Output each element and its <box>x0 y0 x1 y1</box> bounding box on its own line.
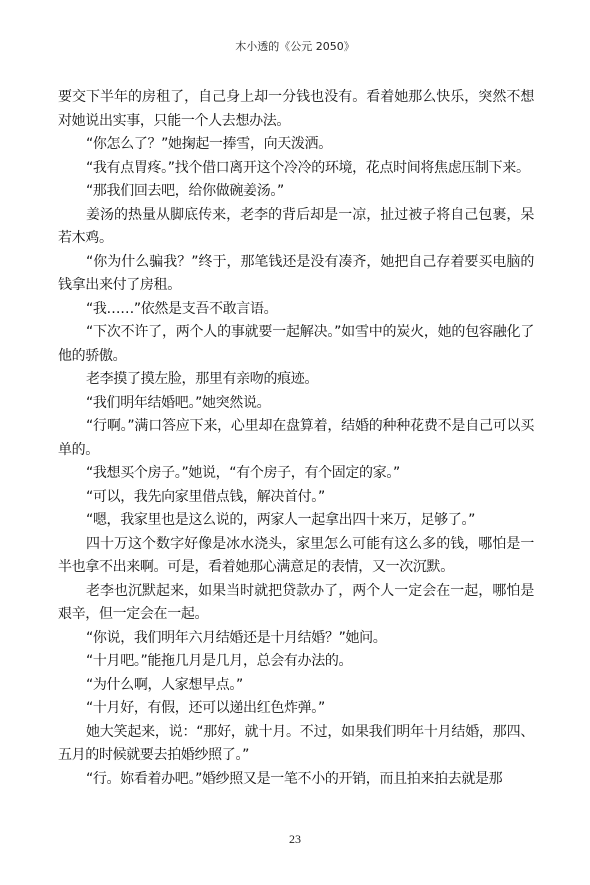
paragraph: “嗯，我家里也是这么说的，两家人一起拿出四十来万，足够了。” <box>58 509 534 533</box>
paragraph: 姜汤的热量从脚底传来，老李的背后却是一凉，扯过被子将自己包裹，呆若木鸡。 <box>58 204 534 251</box>
paragraph: “行。妳看着办吧。”婚纱照又是一笔不小的开销，而且拍来拍去就是那 <box>58 768 534 792</box>
paragraph: 老李摸了摸左脸，那里有亲吻的痕迹。 <box>58 368 534 392</box>
page-body: 要交下半年的房租了，自己身上却一分钱也没有。看着她那么快乐，突然不想对她说出实事… <box>58 86 534 791</box>
paragraph: “行啊。”满口答应下来，心里却在盘算着，结婚的种种花费不是自己可以买单的。 <box>58 415 534 462</box>
paragraph: “可以，我先向家里借点钱，解决首付。” <box>58 486 534 510</box>
paragraph: “我有点胃疼。”找个借口离开这个冷冷的环境，花点时间将焦虑压制下来。 <box>58 157 534 181</box>
book-title: 木小透的《公元 2050》 <box>235 40 355 53</box>
page-number: 23 <box>0 832 590 847</box>
paragraph: 四十万这个数字好像是冰水浇头，家里怎么可能有这么多的钱，哪怕是一半也拿不出来啊。… <box>58 533 534 580</box>
paragraph: “我……”依然是支吾不敢言语。 <box>58 298 534 322</box>
paragraph: “我想买个房子。”她说，“有个房子，有个固定的家。” <box>58 462 534 486</box>
paragraph: “十月好，有假，还可以递出红色炸弹。” <box>58 697 534 721</box>
paragraph: 她大笑起来，说：“那好，就十月。不过，如果我们明年十月结婚，那四、五月的时候就要… <box>58 721 534 768</box>
running-header: 木小透的《公元 2050》 <box>0 38 590 54</box>
paragraph: “我们明年结婚吧。”她突然说。 <box>58 392 534 416</box>
paragraph: 要交下半年的房租了，自己身上却一分钱也没有。看着她那么快乐，突然不想对她说出实事… <box>58 86 534 133</box>
paragraph: “十月吧。”能拖几月是几月，总会有办法的。 <box>58 650 534 674</box>
paragraph: “那我们回去吧，给你做碗姜汤。” <box>58 180 534 204</box>
paragraph: “你说，我们明年六月结婚还是十月结婚？”她问。 <box>58 627 534 651</box>
paragraph: 老李也沉默起来，如果当时就把贷款办了，两个人一定会在一起，哪怕是艰辛，但一定会在… <box>58 580 534 627</box>
paragraph: “为什么啊，人家想早点。” <box>58 674 534 698</box>
paragraph: “你为什么骗我？”终于，那笔钱还是没有凑齐，她把自己存着要买电脑的钱拿出来付了房… <box>58 251 534 298</box>
paragraph: “你怎么了？”她掬起一捧雪，向天泼洒。 <box>58 133 534 157</box>
paragraph: “下次不许了，两个人的事就要一起解决。”如雪中的炭火，她的包容融化了他的骄傲。 <box>58 321 534 368</box>
